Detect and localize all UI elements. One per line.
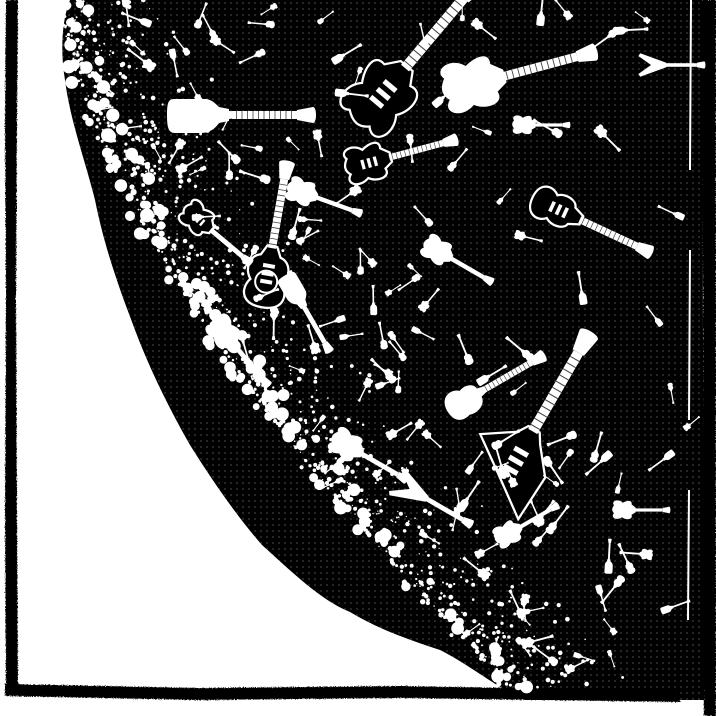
guitar-explosion-artwork bbox=[0, 0, 716, 716]
left-border bbox=[5, 0, 18, 692]
